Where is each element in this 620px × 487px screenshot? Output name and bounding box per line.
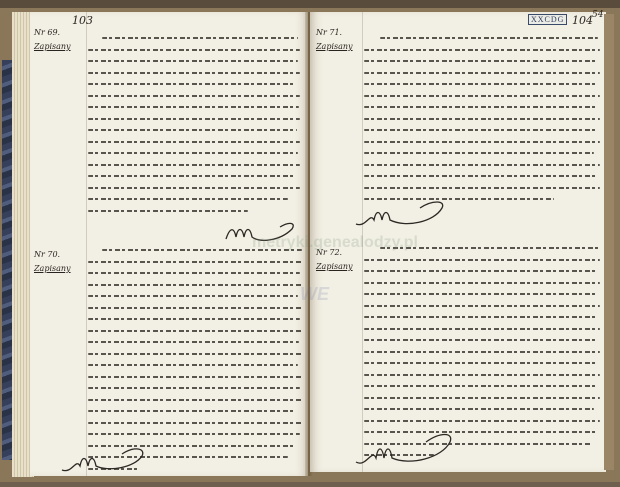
margin-rule <box>86 12 87 476</box>
entry-text <box>364 242 600 461</box>
entry-text <box>88 244 302 474</box>
entry-name: Zapisany <box>34 262 78 276</box>
entry-margin-note: Nr 69. Zapisany <box>34 26 78 54</box>
signature-flourish <box>58 444 148 476</box>
entry-name: Zapisany <box>34 40 78 54</box>
entry-number: Nr 71. <box>316 26 360 40</box>
entry-name: Zapisany <box>316 260 360 274</box>
entry-text <box>364 32 600 205</box>
entry-margin-note: Nr 70. Zapisany <box>34 248 78 276</box>
watermark-logo: WE <box>300 284 329 305</box>
entry-number: Nr 69. <box>34 26 78 40</box>
entry-text <box>88 32 300 216</box>
watermark-text: metryki.genealodzy.pl <box>252 234 418 252</box>
entry-number: Nr 70. <box>34 248 78 262</box>
right-page-number-alt: 54 <box>592 10 603 20</box>
signature-flourish <box>350 430 460 470</box>
archive-stamp: ХXCDG <box>528 14 567 25</box>
marbled-endpaper <box>2 60 12 460</box>
right-page-number: 104 <box>572 14 593 27</box>
entry-margin-note: Nr 71. Zapisany <box>316 26 360 54</box>
signature-flourish <box>350 198 450 232</box>
book-cover-edge <box>604 14 614 470</box>
entry-name: Zapisany <box>316 40 360 54</box>
